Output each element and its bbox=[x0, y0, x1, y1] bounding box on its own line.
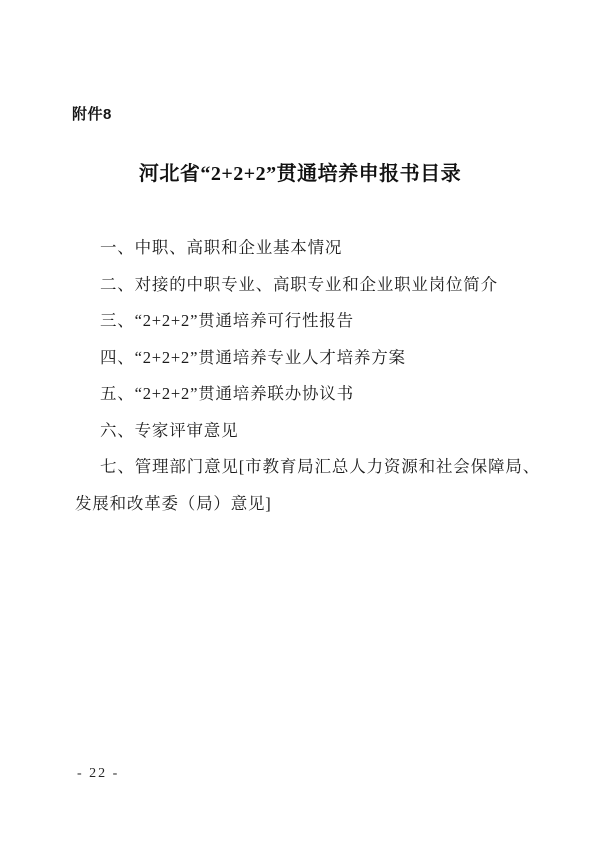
page-title: 河北省“2+2+2”贯通培养申报书目录 bbox=[0, 160, 600, 188]
toc-item-6: 六、专家评审意见 bbox=[75, 413, 540, 450]
document-page: 附件8 河北省“2+2+2”贯通培养申报书目录 一、中职、高职和企业基本情况 二… bbox=[0, 0, 600, 848]
page-number: - 22 - bbox=[77, 764, 119, 784]
toc-item-4: 四、“2+2+2”贯通培养专业人才培养方案 bbox=[75, 340, 540, 377]
toc-item-2: 二、对接的中职专业、高职专业和企业职业岗位简介 bbox=[75, 267, 540, 304]
toc-item-3: 三、“2+2+2”贯通培养可行性报告 bbox=[75, 303, 540, 340]
attachment-label: 附件8 bbox=[72, 105, 112, 125]
toc-item-7: 七、管理部门意见[市教育局汇总人力资源和社会保障局、发展和改革委（局）意见] bbox=[75, 449, 540, 522]
toc-list: 一、中职、高职和企业基本情况 二、对接的中职专业、高职专业和企业职业岗位简介 三… bbox=[75, 230, 540, 522]
toc-item-5: 五、“2+2+2”贯通培养联办协议书 bbox=[75, 376, 540, 413]
toc-item-1: 一、中职、高职和企业基本情况 bbox=[75, 230, 540, 267]
